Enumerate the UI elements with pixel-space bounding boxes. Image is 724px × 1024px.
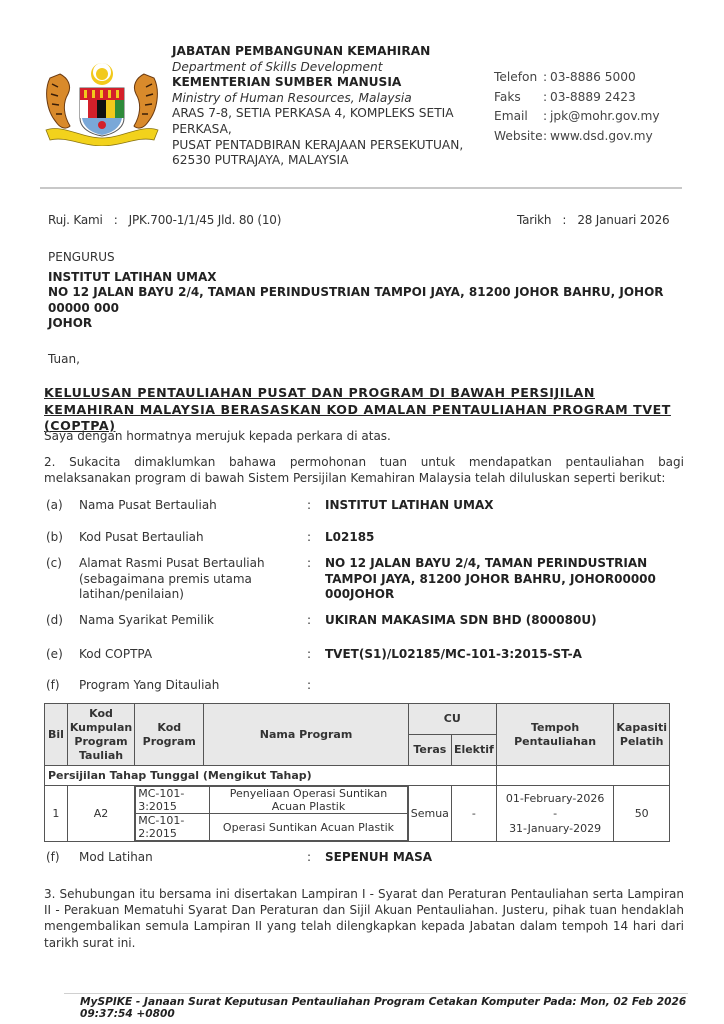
detail-value: L02185 <box>325 530 665 546</box>
detail-label: Alamat Rasmi Pusat Bertauliah (sebagaima… <box>79 556 294 603</box>
header-teras: Teras <box>408 735 451 766</box>
detail-row-nama-pusat: (a) Nama Pusat Bertauliah : INSTITUT LAT… <box>46 498 665 514</box>
salutation: Tuan, <box>48 352 80 366</box>
detail-label: Mod Latihan <box>79 850 307 866</box>
organization-block: JABATAN PEMBANGUNAN KEMAHIRAN Department… <box>172 44 463 169</box>
colon: : <box>307 678 325 694</box>
date-value: 28 Januari 2026 <box>577 213 669 227</box>
contact-email: Email : jpk@mohr.gov.my <box>494 107 660 127</box>
program-code: MC-101-3:2015 <box>136 787 210 814</box>
detail-key: (e) <box>46 647 79 663</box>
reference-number: Ruj. Kami:JPK.700-1/1/45 Jld. 80 (10) <box>48 213 281 227</box>
org-address-line: PUSAT PENTADBIRAN KERAJAAN PERSEKUTUAN, <box>172 138 463 154</box>
website-link[interactable]: www.dsd.gov.my <box>550 127 653 147</box>
program-sublist: MC-101-3:2015 Penyeliaan Operasi Suntika… <box>135 786 408 841</box>
paragraph-2: 2. Sukacita dimaklumkan bahawa permohona… <box>44 455 684 487</box>
footer-divider <box>64 993 688 994</box>
contact-colon: : <box>540 107 550 127</box>
addressee-address-line: JOHOR <box>48 316 664 332</box>
program-name: Operasi Suntikan Acuan Plastik <box>210 814 408 841</box>
detail-value: INSTITUT LATIHAN UMAX <box>325 498 665 514</box>
contact-colon: : <box>540 88 550 108</box>
letter-date: Tarikh:28 Januari 2026 <box>517 213 670 227</box>
cell-kapasiti: 50 <box>614 786 670 842</box>
detail-label: Kod COPTPA <box>79 647 307 663</box>
contact-label: Faks <box>494 88 540 108</box>
letter-subject: KELULUSAN PENTAULIAHAN PUSAT DAN PROGRAM… <box>44 385 684 435</box>
org-address-line: 62530 PUTRAJAYA, MALAYSIA <box>172 153 463 169</box>
contact-colon: : <box>540 127 550 147</box>
addressee-address-line: NO 12 JALAN BAYU 2/4, TAMAN PERINDUSTRIA… <box>48 285 664 301</box>
tempoh-start: 01-February-2026 <box>499 791 612 806</box>
cell-elektif: - <box>451 786 496 842</box>
colon: : <box>551 213 577 227</box>
addressee-name: INSTITUT LATIHAN UMAX <box>48 270 664 286</box>
header-kapasiti: Kapasiti Pelatih <box>614 704 670 766</box>
detail-label: Kod Pusat Bertauliah <box>79 530 307 546</box>
contact-value: 03-8889 2423 <box>550 88 636 108</box>
detail-value: TVET(S1)/L02185/MC-101-3:2015-ST-A <box>325 647 665 663</box>
coat-of-arms-icon <box>42 60 162 146</box>
detail-label: Program Yang Ditauliah <box>79 678 307 694</box>
org-address-line: ARAS 7-8, SETIA PERKASA 4, KOMPLEKS SETI… <box>172 106 463 122</box>
detail-value: SEPENUH MASA <box>325 850 665 866</box>
section-title: Persijilan Tahap Tunggal (Mengikut Tahap… <box>45 766 497 786</box>
colon: : <box>307 647 325 663</box>
header-divider <box>40 187 682 189</box>
cell-kod-kumpulan: A2 <box>67 786 134 842</box>
addressee-title: PENGURUS <box>48 250 664 266</box>
cell-programs: MC-101-3:2015 Penyeliaan Operasi Suntika… <box>135 786 409 842</box>
colon: : <box>307 613 325 629</box>
header-nama-program: Nama Program <box>204 704 408 766</box>
header-kod-kumpulan: Kod Kumpulan Program Tauliah <box>67 704 134 766</box>
detail-row-syarikat: (d) Nama Syarikat Pemilik : UKIRAN MAKAS… <box>46 613 665 629</box>
contact-label: Email <box>494 107 540 127</box>
addressee-block: PENGURUS INSTITUT LATIHAN UMAX NO 12 JAL… <box>48 250 664 332</box>
org-name-english: Department of Skills Development <box>172 60 463 76</box>
detail-row-alamat: (c) Alamat Rasmi Pusat Bertauliah (sebag… <box>46 556 665 603</box>
ministry-name-malay: KEMENTERIAN SUMBER MANUSIA <box>172 75 463 91</box>
reference-value: JPK.700-1/1/45 Jld. 80 (10) <box>129 213 282 227</box>
contact-colon: : <box>540 68 550 88</box>
program-item: MC-101-3:2015 Penyeliaan Operasi Suntika… <box>136 787 408 814</box>
detail-key: (a) <box>46 498 79 514</box>
tempoh-separator: - <box>499 806 612 821</box>
detail-key: (f) <box>46 850 79 866</box>
contact-label: Telefon <box>494 68 540 88</box>
contact-faks: Faks : 03-8889 2423 <box>494 88 660 108</box>
header-elektif: Elektif <box>451 735 496 766</box>
table-row: 1 A2 MC-101-3:2015 Penyeliaan Operasi Su… <box>45 786 670 842</box>
detail-key: (b) <box>46 530 79 546</box>
detail-label: Nama Pusat Bertauliah <box>79 498 307 514</box>
contact-block: Telefon : 03-8886 5000 Faks : 03-8889 24… <box>494 68 660 146</box>
contact-website: Website : www.dsd.gov.my <box>494 127 660 147</box>
org-address-line: PERKASA, <box>172 122 463 138</box>
detail-row-mod-latihan: (f) Mod Latihan : SEPENUH MASA <box>46 850 665 866</box>
detail-row-kod-pusat: (b) Kod Pusat Bertauliah : L02185 <box>46 530 665 546</box>
colon: : <box>307 850 325 866</box>
colon: : <box>103 213 129 227</box>
header-cu: CU <box>408 704 496 735</box>
detail-value: UKIRAN MAKASIMA SDN BHD (800080U) <box>325 613 665 629</box>
cell-bil: 1 <box>45 786 68 842</box>
date-label: Tarikh <box>517 213 551 227</box>
detail-row-kod-coptpa: (e) Kod COPTPA : TVET(S1)/L02185/MC-101-… <box>46 647 665 663</box>
detail-key: (f) <box>46 678 79 694</box>
colon: : <box>307 556 325 603</box>
detail-label: Nama Syarikat Pemilik <box>79 613 307 629</box>
ministry-name-english: Ministry of Human Resources, Malaysia <box>172 91 463 107</box>
program-item: MC-101-2:2015 Operasi Suntikan Acuan Pla… <box>136 814 408 841</box>
detail-row-program: (f) Program Yang Ditauliah : <box>46 678 665 694</box>
colon: : <box>307 530 325 546</box>
contact-telefon: Telefon : 03-8886 5000 <box>494 68 660 88</box>
paragraph-1: Saya dengan hormatnya merujuk kepada per… <box>44 429 391 443</box>
colon: : <box>307 498 325 514</box>
section-empty-cell <box>496 766 669 786</box>
program-code: MC-101-2:2015 <box>136 814 210 841</box>
paragraph-3: 3. Sehubungan itu bersama ini disertakan… <box>44 886 684 951</box>
program-table: Bil Kod Kumpulan Program Tauliah Kod Pro… <box>44 703 670 842</box>
contact-value: 03-8886 5000 <box>550 68 636 88</box>
program-name: Penyeliaan Operasi Suntikan Acuan Plasti… <box>210 787 408 814</box>
org-name-malay: JABATAN PEMBANGUNAN KEMAHIRAN <box>172 44 463 60</box>
cell-teras: Semua <box>408 786 451 842</box>
reference-label: Ruj. Kami <box>48 213 103 227</box>
detail-value: NO 12 JALAN BAYU 2/4, TAMAN PERINDUSTRIA… <box>325 556 665 603</box>
addressee-address-line: 00000 000 <box>48 301 664 317</box>
detail-value <box>325 678 665 694</box>
tempoh-end: 31-January-2029 <box>499 821 612 836</box>
email-link[interactable]: jpk@mohr.gov.my <box>550 107 660 127</box>
contact-label: Website <box>494 127 540 147</box>
detail-key: (c) <box>46 556 79 603</box>
header-kod-program: Kod Program <box>135 704 204 766</box>
header-tempoh: Tempoh Pentauliahan <box>496 704 614 766</box>
cell-tempoh: 01-February-2026 - 31-January-2029 <box>496 786 614 842</box>
footer-print-note: MySPIKE - Janaan Surat Keputusan Pentaul… <box>80 996 724 1020</box>
header-bil: Bil <box>45 704 68 766</box>
detail-key: (d) <box>46 613 79 629</box>
